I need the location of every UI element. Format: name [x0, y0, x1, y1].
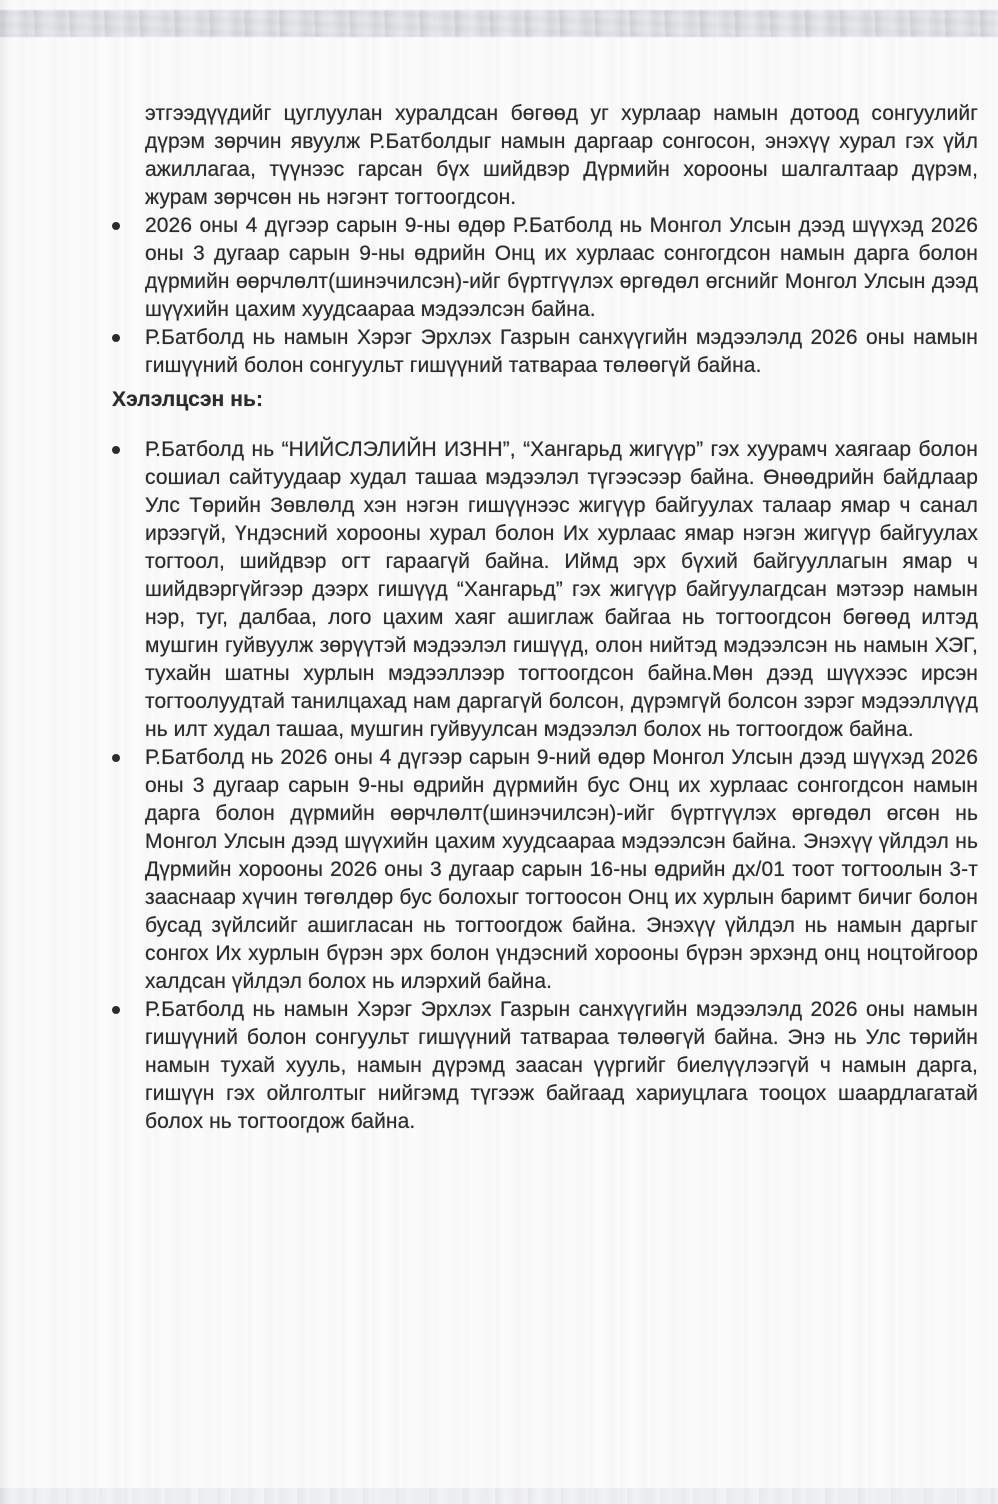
bullet-icon [112, 334, 120, 342]
bullet-item-court-filing: 2026 оны 4 дүгээр сарын 9-ны өдөр Р.Батб… [112, 212, 978, 324]
paragraph-text: этгээдүүдийг цуглуулан хуралдсан бөгөөд … [145, 102, 978, 209]
bullet-icon [112, 446, 120, 454]
document-text-block: этгээдүүдийг цуглуулан хуралдсан бөгөөд … [112, 100, 978, 1136]
bullet-icon [112, 754, 120, 762]
scan-noise-band-bottom [0, 1488, 998, 1504]
bullet-text: Р.Батболд нь “НИЙСЛЭЛИЙН ИЗНН”, “Хангарь… [145, 438, 978, 741]
bullet-item-invalid-registration: Р.Батболд нь 2026 оны 4 дүгээр сарын 9-н… [112, 744, 978, 996]
section-heading-discussed: Хэлэлцсэн нь: [112, 386, 978, 414]
scan-noise-band-top [0, 10, 998, 37]
bullet-item-unpaid-dues: Р.Батболд нь намын Хэрэг Эрхлэх Газрын с… [112, 324, 978, 380]
scanned-document-page: { "doc": { "language": "mn", "blocks": [… [0, 0, 998, 1504]
bullet-text: Р.Батболд нь намын Хэрэг Эрхлэх Газрын с… [145, 998, 978, 1133]
bullet-text: Р.Батболд нь намын Хэрэг Эрхлэх Газрын с… [145, 326, 978, 377]
bullet-icon [112, 222, 120, 230]
bullet-item-accountability: Р.Батболд нь намын Хэрэг Эрхлэх Газрын с… [112, 996, 978, 1136]
bullet-text: Р.Батболд нь 2026 оны 4 дүгээр сарын 9-н… [145, 746, 978, 993]
continuation-paragraph: этгээдүүдийг цуглуулан хуралдсан бөгөөд … [112, 100, 978, 212]
bullet-text: 2026 оны 4 дүгээр сарын 9-ны өдөр Р.Батб… [145, 214, 978, 321]
bullet-icon [112, 1006, 120, 1014]
bullet-item-false-information: Р.Батболд нь “НИЙСЛЭЛИЙН ИЗНН”, “Хангарь… [112, 436, 978, 744]
